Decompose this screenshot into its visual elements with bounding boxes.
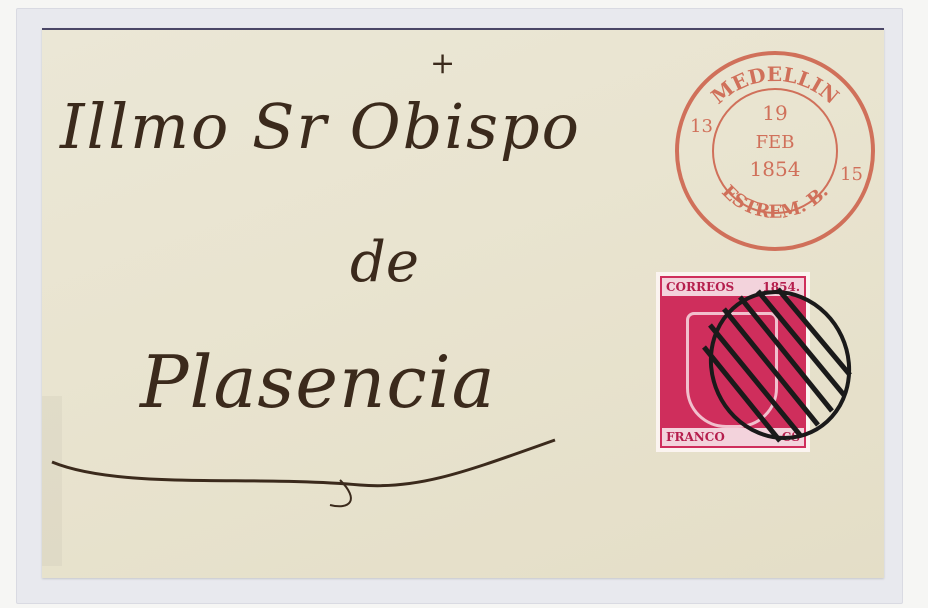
postmark-day: 19 [762,101,787,125]
postmark-region: ESTREM. B. [717,181,832,223]
postmark-year: 1854 [750,157,801,181]
svg-text:ESTREM. B.: ESTREM. B. [717,181,832,223]
medellin-postmark: MEDELLIN ESTREM. B. 13 15 19 FEB 1854 [668,48,882,254]
postmark-month: FEB [756,132,795,153]
postmark-left-number: 13 [690,116,713,137]
grid-cancellation [690,285,860,455]
postmark-right-number: 15 [840,164,863,185]
